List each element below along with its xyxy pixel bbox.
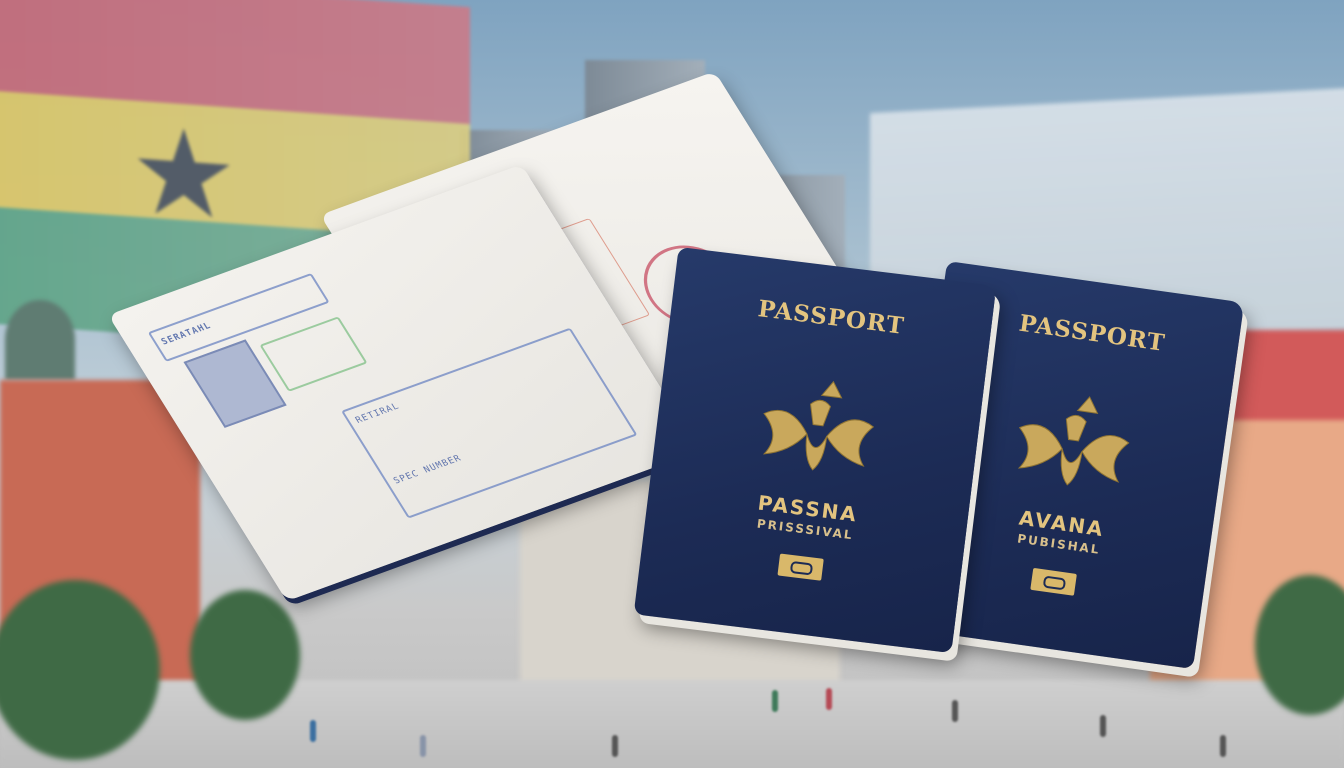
person xyxy=(952,700,958,722)
passport-title: PASSPORT xyxy=(978,304,1239,367)
biometric-chip-icon xyxy=(1030,568,1077,596)
person xyxy=(310,720,316,742)
eagle-emblem-icon xyxy=(747,368,888,483)
person xyxy=(1220,735,1226,757)
person xyxy=(612,735,618,757)
biometric-chip-icon xyxy=(777,554,823,581)
stamp-blue-large xyxy=(341,328,637,519)
person xyxy=(826,688,832,710)
photo-scene: ★ AMBASSADE ENTRY VISA SERATAHL RETIRAL … xyxy=(0,0,1344,768)
person xyxy=(420,735,426,757)
domed-building xyxy=(5,300,75,380)
stamp-green xyxy=(259,316,367,392)
person xyxy=(772,690,778,712)
person xyxy=(1100,715,1106,737)
passport-title: PASSPORT xyxy=(671,285,992,351)
passport-cover: PASSPORT PASSNA PRISSSIVAL xyxy=(634,247,997,653)
eagle-emblem-icon xyxy=(1002,382,1145,499)
